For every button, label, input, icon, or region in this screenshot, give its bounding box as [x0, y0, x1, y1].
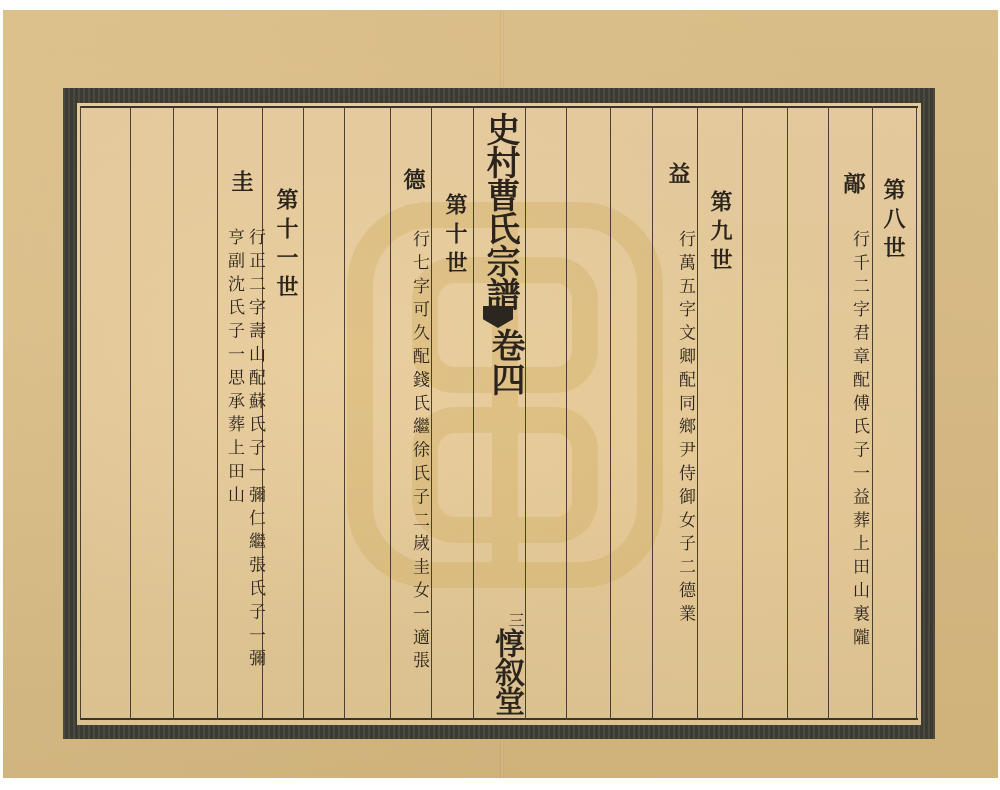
column-rule [80, 106, 81, 720]
column-rule [828, 106, 829, 720]
column-rule [652, 106, 653, 720]
person-record-continued: 亨副沈氏子一思承葬上田山 [222, 228, 247, 509]
column-rule [787, 106, 788, 720]
top-rule [80, 106, 918, 108]
column-rule [610, 106, 611, 720]
person-record: 行萬五字文卿配同鄉尹侍御女子二德業 [673, 230, 698, 628]
column-rule [916, 106, 917, 720]
person-name: 德 [398, 168, 429, 190]
column-rule [872, 106, 873, 720]
column-rule [344, 106, 345, 720]
person-name: 益 [663, 162, 694, 184]
person-record: 行七字可久配錢氏繼徐氏子二嵗圭女一適張 [407, 230, 432, 675]
generation-heading: 第九世 [705, 190, 736, 277]
column-rule [303, 106, 304, 720]
person-name: 鄗 [838, 172, 869, 194]
person-record: 行千二字君章配傅氏子一益葬上田山裏隴 [847, 230, 872, 651]
generation-heading: 第十一世 [271, 188, 302, 304]
generation-heading: 第八世 [878, 178, 909, 265]
column-rule [473, 106, 474, 720]
page-number: 三 [504, 612, 527, 628]
bottom-rule [80, 718, 918, 720]
column-rule [566, 106, 567, 720]
column-rule [173, 106, 174, 720]
column-rule [130, 106, 131, 720]
person-name: 圭 [226, 170, 257, 192]
volume-label: 卷四 [481, 328, 530, 396]
column-rule [742, 106, 743, 720]
column-rule [390, 106, 391, 720]
column-rule [217, 106, 218, 720]
generation-heading: 第十世 [440, 193, 471, 280]
genealogy-title: 史村曹氏宗譜 [480, 112, 520, 310]
hall-name: 惇叙堂 [484, 628, 528, 715]
